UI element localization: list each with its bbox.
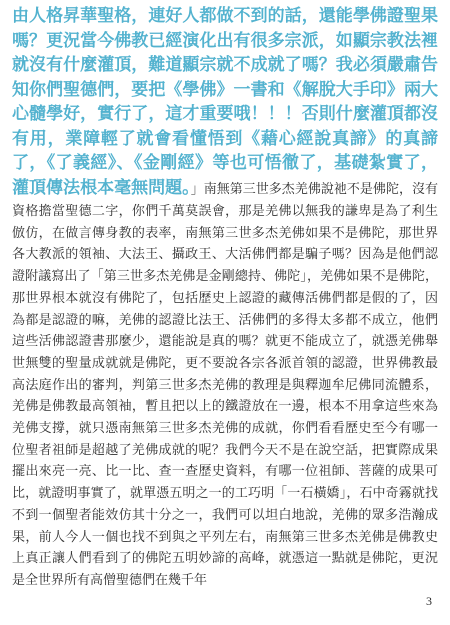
page-number: 3 [426,594,432,609]
body-text: 」南無第三世多杰羌佛說祂不是佛陀，沒有資格擔當聖德二字，你們千萬莫誤會，那是羌佛… [12,181,438,587]
document-page: 由人格昇華聖格，連好人都做不到的話，還能學佛證聖果嗎？更況當今佛教已經演化出有很… [0,0,450,625]
main-paragraph: 由人格昇華聖格，連好人都做不到的話，還能學佛證聖果嗎？更況當今佛教已經演化出有很… [12,4,438,591]
highlighted-quote-text: 由人格昇華聖格，連好人都做不到的話，還能學佛證聖果嗎？更況當今佛教已經演化出有很… [12,6,438,197]
